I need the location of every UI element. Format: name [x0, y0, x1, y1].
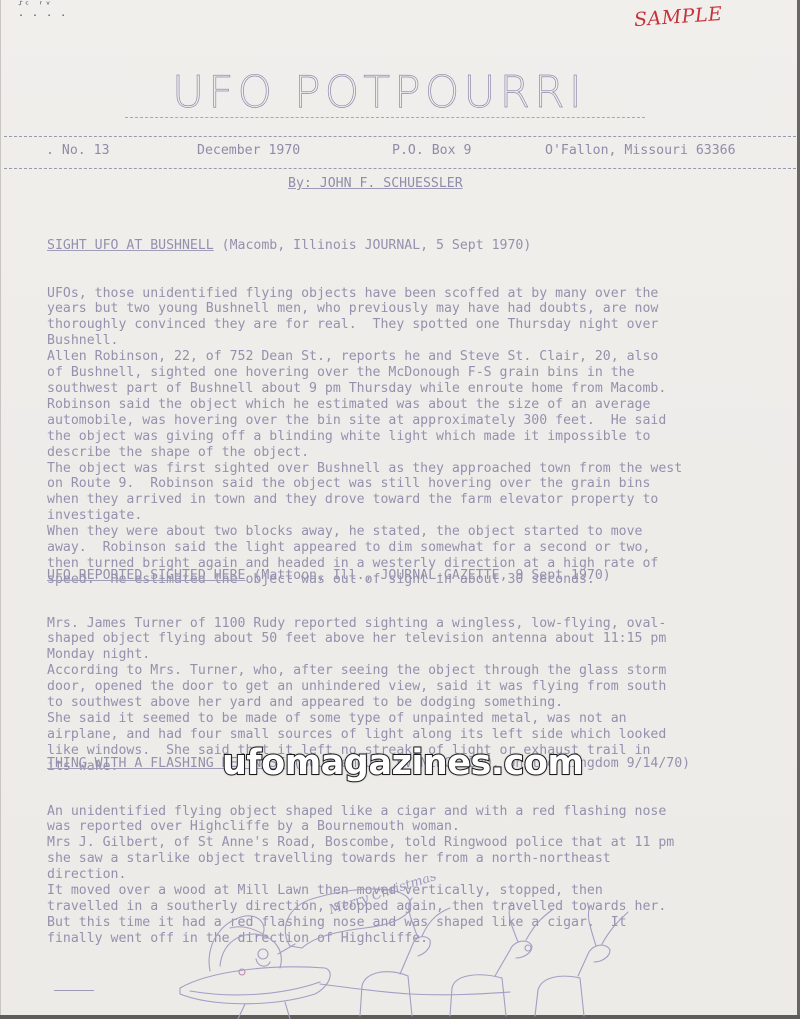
article-line: shaped object flying about 50 feet above…	[47, 631, 797, 647]
article-line: southwest part of Bushnell about 9 pm Th…	[47, 381, 797, 397]
article-source: (Mattoon, Ill., JOURNAL-GAZETTE, 9 Sept …	[246, 568, 611, 583]
byline: By: JOHN F. SCHUESSLER	[288, 176, 463, 191]
issue-number: . No. 13	[46, 143, 110, 158]
address: O'Fallon, Missouri 63366	[545, 143, 736, 158]
article-line: Robinson said the object which he estima…	[47, 397, 797, 413]
article-line: UFOs, those unidentified flying objects …	[47, 286, 797, 302]
article-line: Bushnell.	[47, 333, 797, 349]
pencil-stroke	[54, 990, 94, 991]
speech-bubble-text: Merry Christmas	[326, 876, 439, 918]
article-line: Monday night.	[47, 647, 797, 663]
article-line: investigate.	[47, 508, 797, 524]
article-line: According to Mrs. Turner, who, after see…	[47, 663, 797, 679]
scanned-newsletter-page: ⸉ᶜ ʳᵛ. . . . SAMPLE UFO POTPOURRI . No. …	[0, 0, 800, 1019]
article-line: Allen Robinson, 22, of 752 Dean St., rep…	[47, 349, 797, 365]
issue-info-bar: . No. 13 December 1970 P.O. Box 9 O'Fall…	[0, 143, 800, 163]
masthead-title: UFO POTPOURRI	[172, 68, 632, 118]
article-line: was reported over Highcliffe by a Bourne…	[47, 819, 797, 835]
po-box: P.O. Box 9	[392, 143, 471, 158]
article-line: she saw a starlike object travelling tow…	[47, 851, 797, 867]
article-headline: UFO REPORTED SIGHTED HERE	[47, 568, 246, 583]
divider-bottom	[4, 168, 796, 169]
article-line: when they arrived in town and they drove…	[47, 492, 797, 508]
article-line: years but two young Bushnell men, who pr…	[47, 301, 797, 317]
corner-pencil-marks: ⸉ᶜ ʳᵛ. . . .	[18, 2, 67, 18]
article-headline: SIGHT UFO AT BUSHNELL	[47, 238, 214, 253]
article-line: door, opened the door to get an unhinder…	[47, 679, 797, 695]
article-line: automobile, was hovering over the bin si…	[47, 413, 797, 429]
article-line: describe the shape of the object.	[47, 445, 797, 461]
article-line: to southwest above her yard and appeared…	[47, 695, 797, 711]
article-line: Mrs. James Turner of 1100 Rudy reported …	[47, 616, 797, 632]
article-line: Mrs J. Gilbert, of St Anne's Road, Bosco…	[47, 835, 797, 851]
article-line: on Route 9. Robinson said the object was…	[47, 476, 797, 492]
watermark-text: ufomagazines.com	[222, 742, 583, 784]
masthead-underline	[125, 117, 645, 118]
article-line: The object was first sighted over Bushne…	[47, 461, 797, 477]
article-line: the object was giving off a blinding whi…	[47, 429, 797, 445]
article-line: thoroughly convinced they are for real. …	[47, 317, 797, 333]
article-line: of Bushnell, sighted one hovering over t…	[47, 365, 797, 381]
article-line: An unidentified flying object shaped lik…	[47, 804, 797, 820]
santa-ufo-drawing: Merry Christmas	[150, 876, 650, 1019]
article-source: (Macomb, Illinois JOURNAL, 5 Sept 1970)	[214, 238, 532, 253]
sample-handwritten-stamp: SAMPLE	[633, 3, 723, 31]
divider-top	[4, 136, 796, 137]
issue-date: December 1970	[197, 143, 300, 158]
